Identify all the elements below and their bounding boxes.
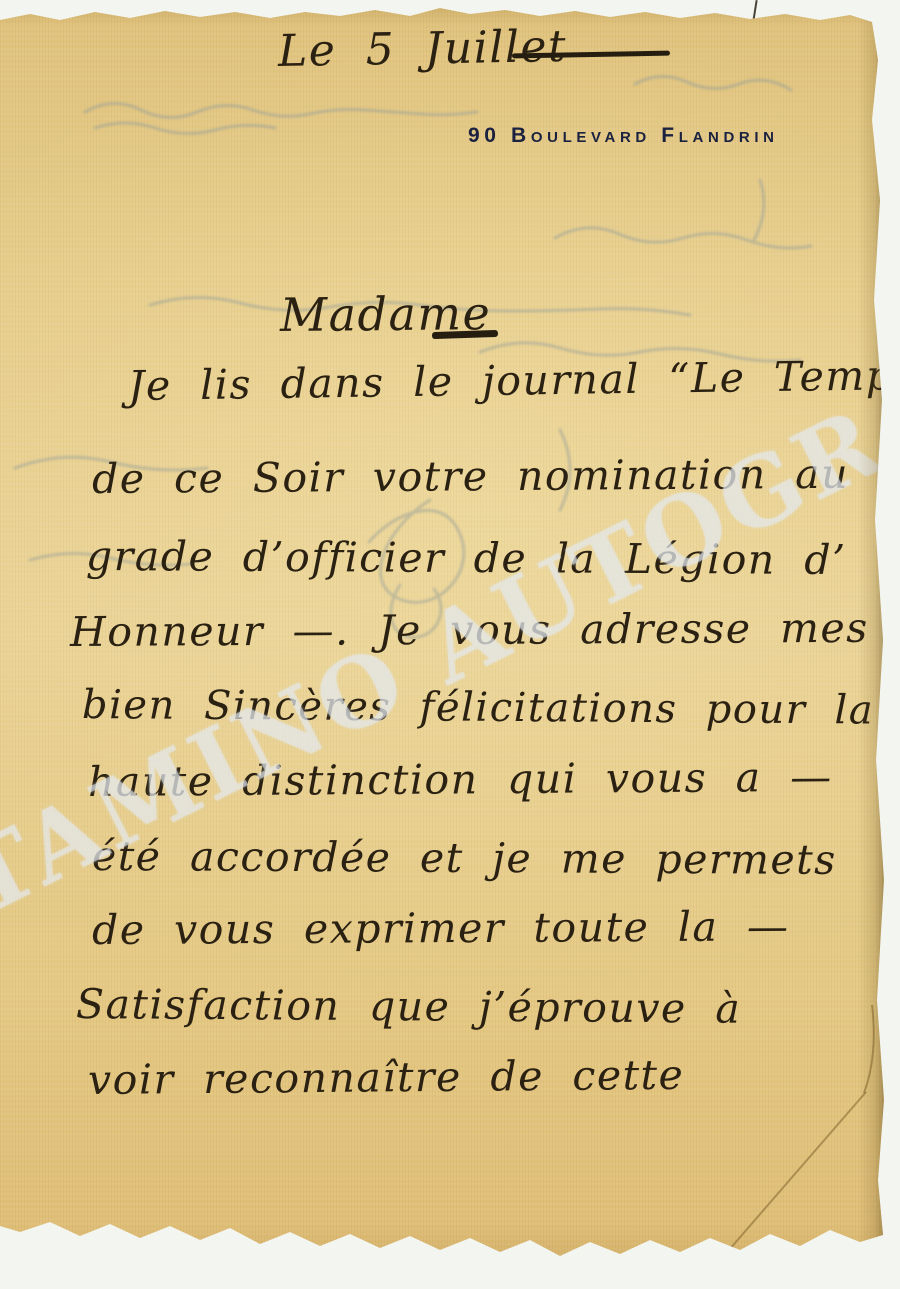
fold-crease <box>722 1005 874 1258</box>
body-line: été accordée et je me permets <box>92 832 837 884</box>
body-line: Je lis dans le journal “Le Temps” <box>128 351 888 410</box>
letter-scan: Le 5 Juillet 90 Boulevard Flandrin Madam… <box>0 0 900 1289</box>
date-line: Le 5 Juillet <box>278 21 568 77</box>
body-line: bien Sincères félicitations pour la — <box>82 682 888 734</box>
body-line: voir reconnaître de cette <box>88 1051 685 1104</box>
body-line: Honneur —. Je vous adresse mes <box>70 604 869 656</box>
letter-paper: Le 5 Juillet 90 Boulevard Flandrin Madam… <box>0 0 888 1270</box>
body-line: Satisfaction que j’éprouve à <box>76 980 742 1033</box>
letterhead-address: 90 Boulevard Flandrin <box>468 124 779 148</box>
body-line: grade d’officier de la Légion d’ <box>86 532 847 584</box>
paper-bottom-shade <box>0 1222 888 1270</box>
body-line: de ce Soir votre nomination au <box>92 450 849 503</box>
body-line: haute distinction qui vous a — <box>88 753 833 806</box>
paper-right-edge-shadow <box>858 0 888 1270</box>
body-line: de vous exprimer toute la — <box>92 902 790 954</box>
